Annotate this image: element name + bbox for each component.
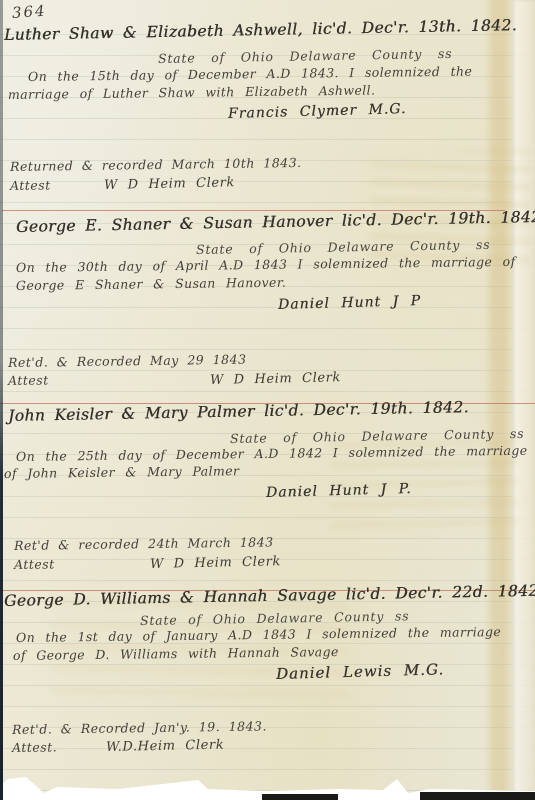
- page-right-edge: [512, 0, 535, 800]
- page-number: 364: [11, 2, 47, 22]
- attest-label: Attest.: [12, 739, 57, 755]
- scanned-document: 364 Luther Shaw & Elizabeth Ashwell, lic…: [0, 0, 535, 800]
- entry-body-line: of John Keisler & Mary Palmer: [4, 463, 240, 481]
- clerk-signature: W.D.Heim Clerk: [106, 738, 225, 755]
- attest-label: Attest: [10, 177, 51, 193]
- clerk-signature: W D Heim Clerk: [150, 554, 281, 572]
- clerk-signature: W D Heim Clerk: [210, 370, 341, 388]
- aged-right-strip: [484, 0, 512, 800]
- attest-label: Attest: [8, 372, 49, 388]
- scan-edge-left: [0, 0, 3, 800]
- scan-edge-bottom-left: [262, 794, 338, 800]
- scan-edge-bottom-right: [420, 792, 535, 800]
- attest-label: Attest: [14, 556, 55, 572]
- clerk-signature: W D Heim Clerk: [104, 175, 235, 193]
- ledger-page: 364 Luther Shaw & Elizabeth Ashwell, lic…: [0, 0, 535, 800]
